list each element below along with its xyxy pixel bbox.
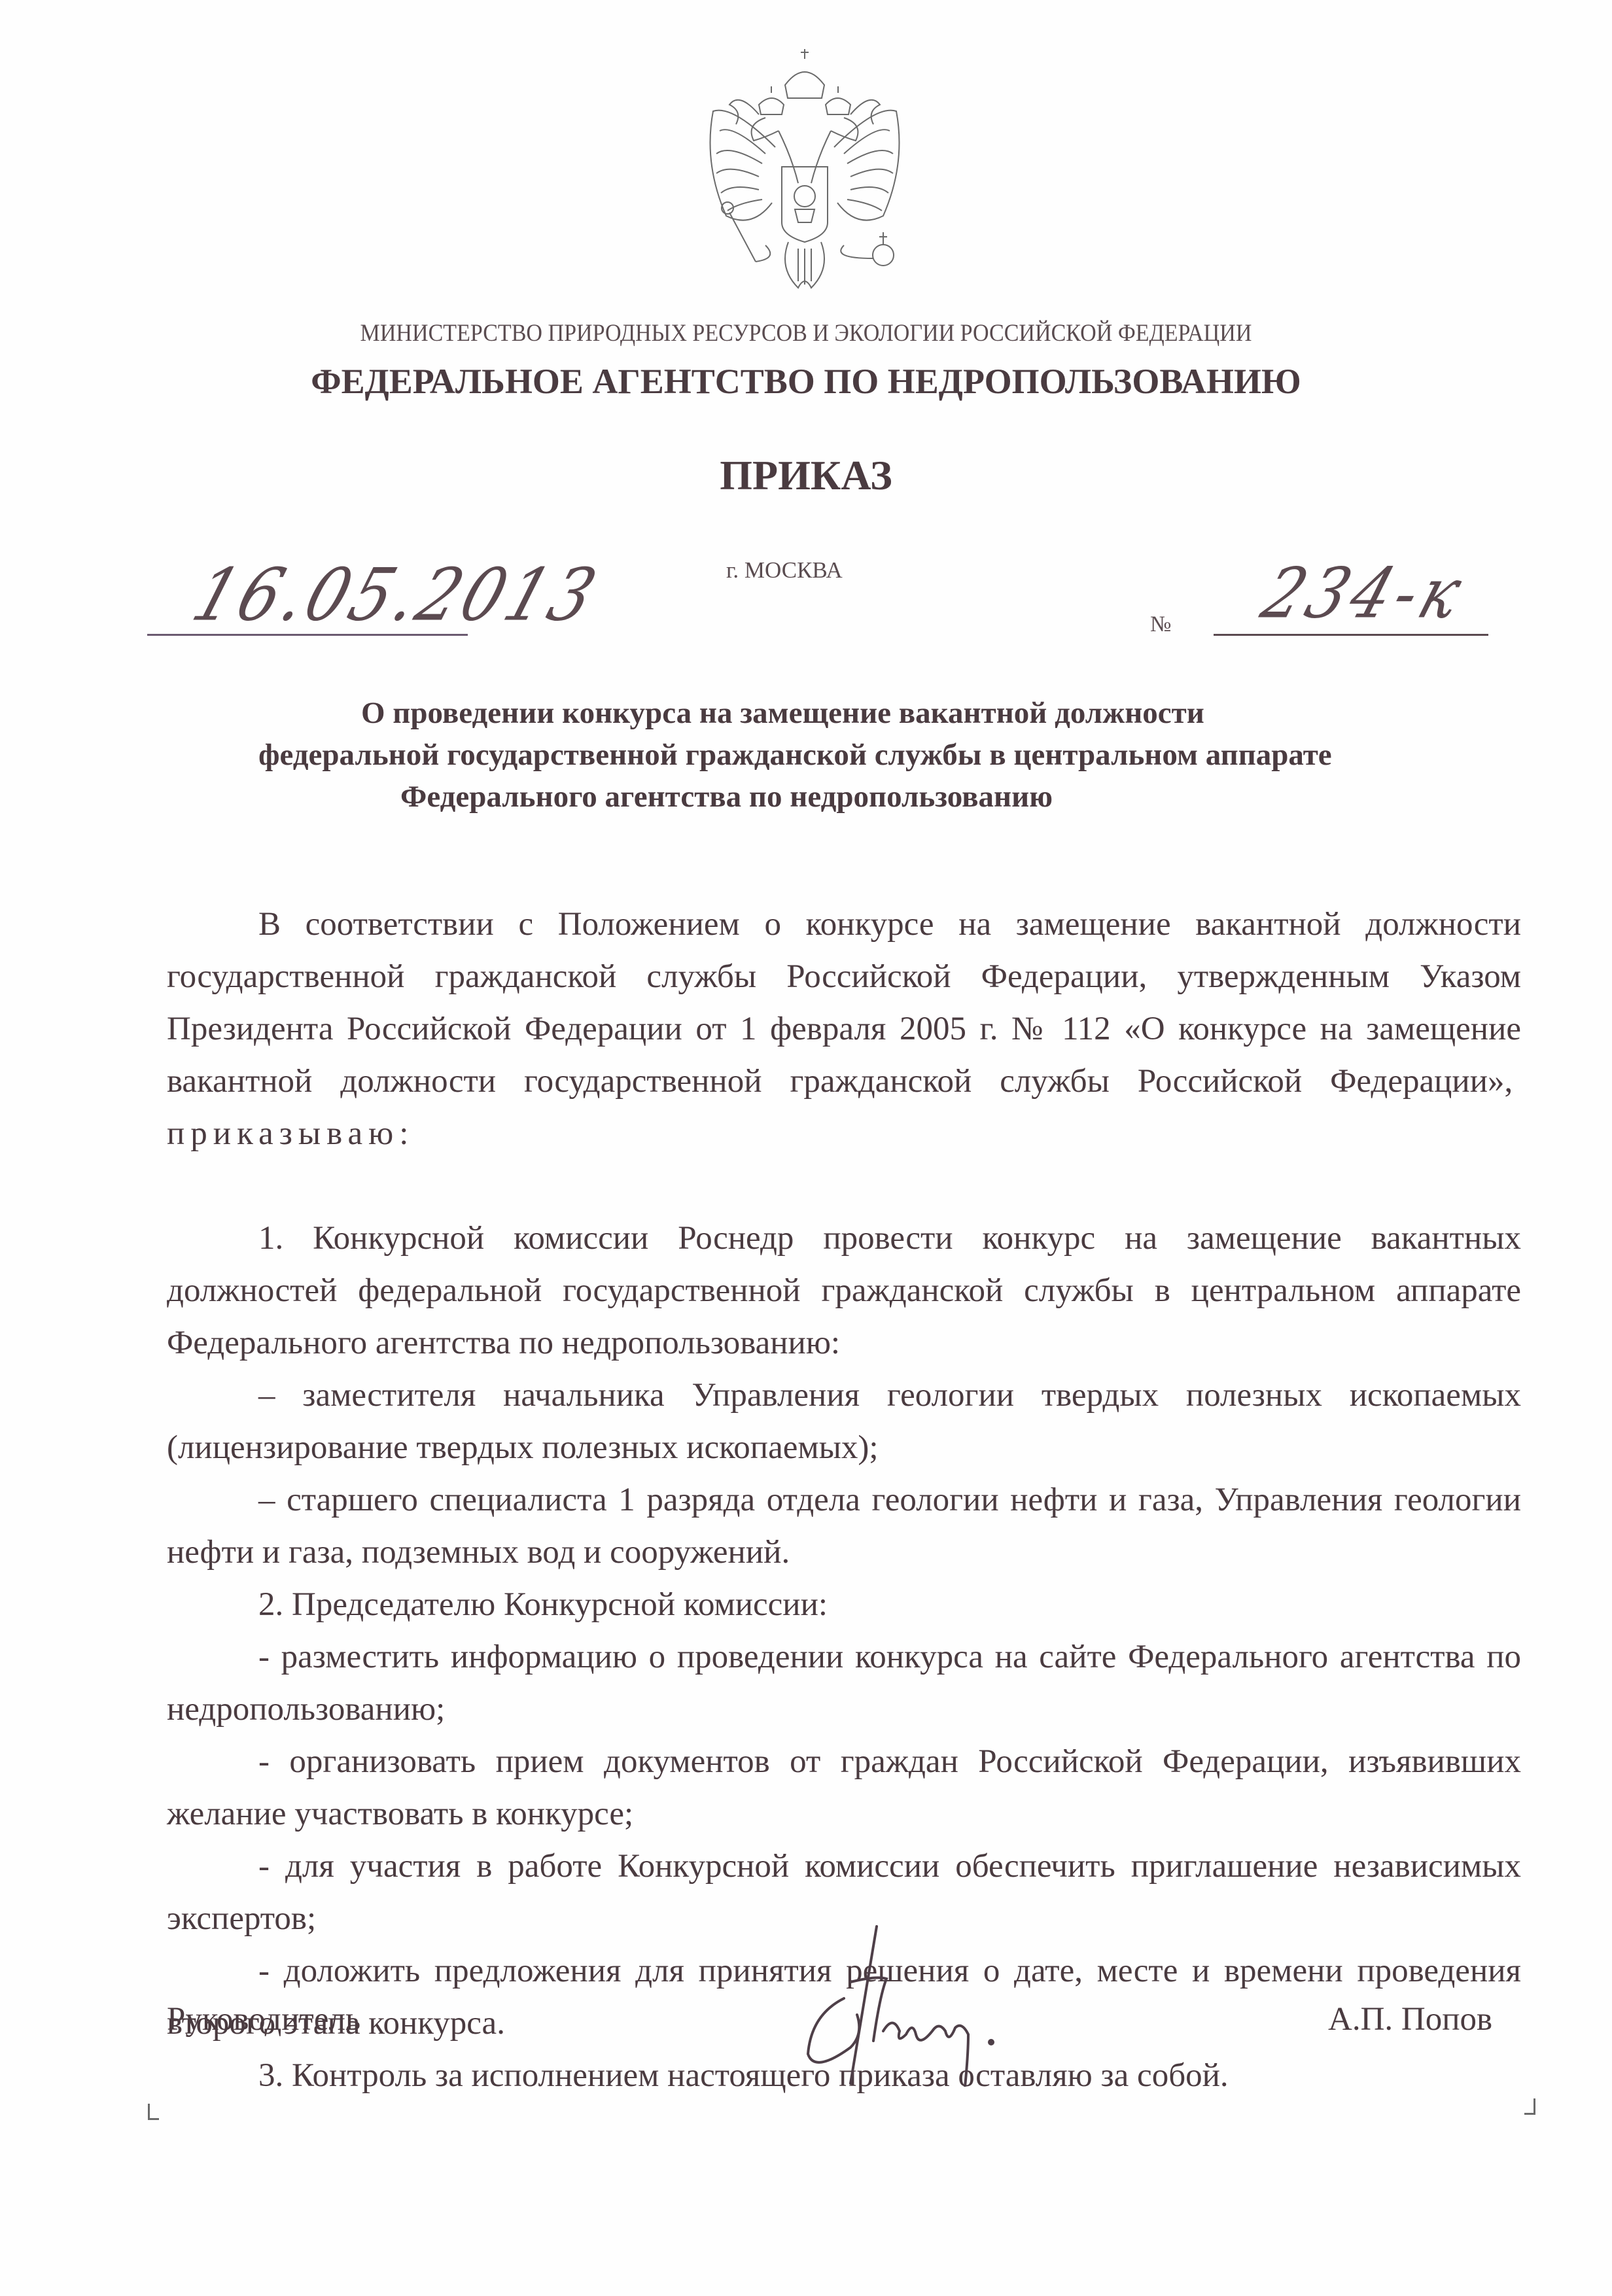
order-date-handwritten: 16.05.2013 xyxy=(183,553,610,637)
subject-line-1: О проведении конкурса на замещение вакан… xyxy=(361,692,1204,734)
item-1-subitem-2: – старшего специалиста 1 разряда отдела … xyxy=(167,1474,1521,1578)
agency-name: ФЕДЕРАЛЬНОЕ АГЕНТСТВО ПО НЕДРОПОЛЬЗОВАНИ… xyxy=(0,361,1612,402)
corner-mark-left xyxy=(148,2104,159,2120)
date-underline xyxy=(147,634,468,636)
preamble-paragraph: В соответствии с Положением о конкурсе н… xyxy=(167,898,1521,1160)
item-2-subitem-1: - разместить информацию о проведении кон… xyxy=(167,1631,1521,1735)
order-word: приказываю: xyxy=(167,1115,414,1152)
document-type-title: ПРИКАЗ xyxy=(0,451,1612,500)
signatory-name: А.П. Попов xyxy=(1328,2000,1492,2038)
item-2-subitem-2: - организовать прием документов от гражд… xyxy=(167,1735,1521,1840)
subject-line-2: федеральной государственной гражданской … xyxy=(258,734,1332,776)
item-2: 2. Председателю Конкурсной комиссии: xyxy=(167,1578,1521,1631)
order-number-field: 234-к xyxy=(1214,564,1488,636)
order-number-handwritten: 234-к xyxy=(1253,553,1477,634)
item-1-subitem-1: – заместителя начальника Управления геол… xyxy=(167,1369,1521,1474)
order-date-field: 16.05.2013 xyxy=(147,564,468,636)
number-underline xyxy=(1214,634,1488,636)
city-label: г. МОСКВА xyxy=(726,557,843,583)
item-1: 1. Конкурсной комиссии Роснедр провести … xyxy=(167,1212,1521,1369)
signatory-role: Руководитель xyxy=(167,2000,360,2038)
number-sign: № xyxy=(1150,612,1171,637)
order-body: В соответствии с Положением о конкурсе н… xyxy=(167,898,1521,2102)
document-page: МИНИСТЕРСТВО ПРИРОДНЫХ РЕСУРСОВ И ЭКОЛОГ… xyxy=(0,0,1612,2296)
corner-mark-right xyxy=(1524,2098,1535,2115)
handwritten-signature-icon xyxy=(752,1923,1040,2087)
coat-of-arms-icon xyxy=(667,33,942,294)
ministry-name: МИНИСТЕРСТВО ПРИРОДНЫХ РЕСУРСОВ И ЭКОЛОГ… xyxy=(65,319,1548,347)
subject-line-3: Федерального агентства по недропользован… xyxy=(400,776,1053,818)
